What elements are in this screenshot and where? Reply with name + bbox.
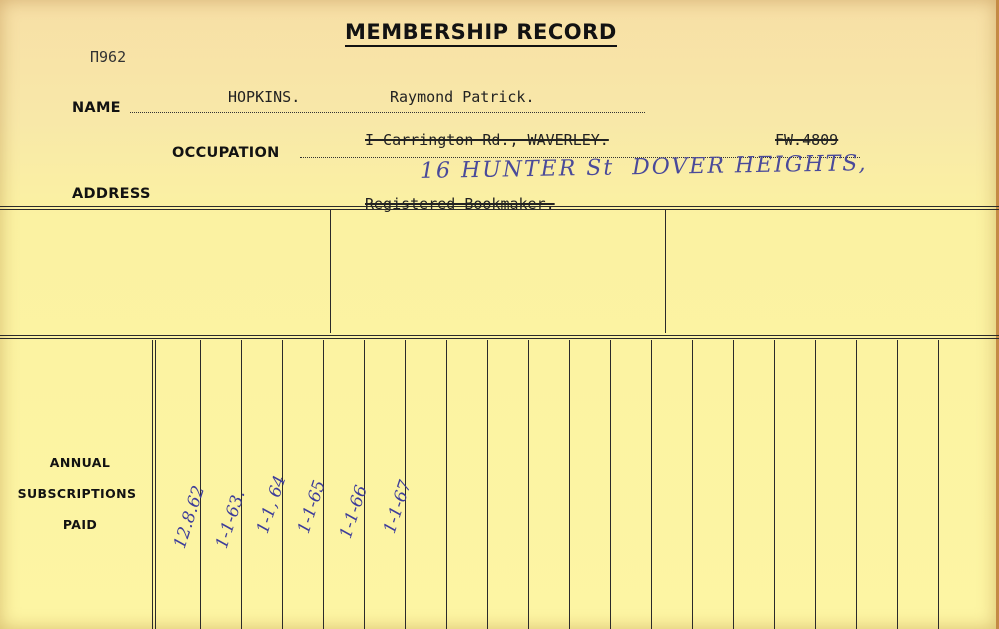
subscriptions-label-paid: PAID [0,517,160,532]
grid-line [155,340,156,629]
card-title: MEMBERSHIP RECORD [345,20,617,47]
address-label: ADDRESS [72,186,151,202]
name-label: NAME [72,100,121,116]
grid-line [610,340,611,629]
old-address-value: I Carrington Rd., WAVERLEY. [365,131,609,149]
paid-entry: 1-1-66 [336,483,372,541]
grid-line [938,340,939,629]
grid-line [897,340,898,629]
grid-line [815,340,816,629]
grid-line [569,340,570,629]
paid-entry: 1-1, 64 [253,473,291,536]
subscriptions-label-annual: ANNUAL [0,455,160,470]
middle-divider-left [330,210,331,333]
paid-entry: 1-1-67 [380,478,416,536]
grid-line [692,340,693,629]
grid-line [651,340,652,629]
occupation-value: Registered Bookmaker. [365,195,555,213]
grid-line [487,340,488,629]
grid-line [774,340,775,629]
paid-entry: 1-1-63. [212,488,250,551]
membership-card: MEMBERSHIP RECORD Π962 NAME HOPKINS. Ray… [0,0,999,629]
grid-line [200,340,201,629]
header-rule-bottom [0,209,999,210]
grid-line [446,340,447,629]
middle-divider-right [665,210,666,333]
paid-entry: 1-1-65 [294,478,330,536]
surname-value: HOPKINS. [228,88,300,106]
given-names-value: Raymond Patrick. [390,88,535,106]
grid-rule-bottom [0,338,999,339]
phone-value: FW.4809 [775,131,838,149]
grid-line [152,340,153,629]
paid-entry: 12.8.62 [170,483,209,551]
grid-rule-top [0,335,999,336]
occupation-label: OCCUPATION [172,145,280,161]
grid-line [856,340,857,629]
header-rule-top [0,206,999,207]
grid-line [528,340,529,629]
subscriptions-label-subscriptions: SUBSCRIPTIONS [2,486,152,501]
grid-line [733,340,734,629]
grid-line [364,340,365,629]
grid-line [241,340,242,629]
name-dotted-line [130,112,645,113]
serial-number: Π962 [90,48,126,66]
